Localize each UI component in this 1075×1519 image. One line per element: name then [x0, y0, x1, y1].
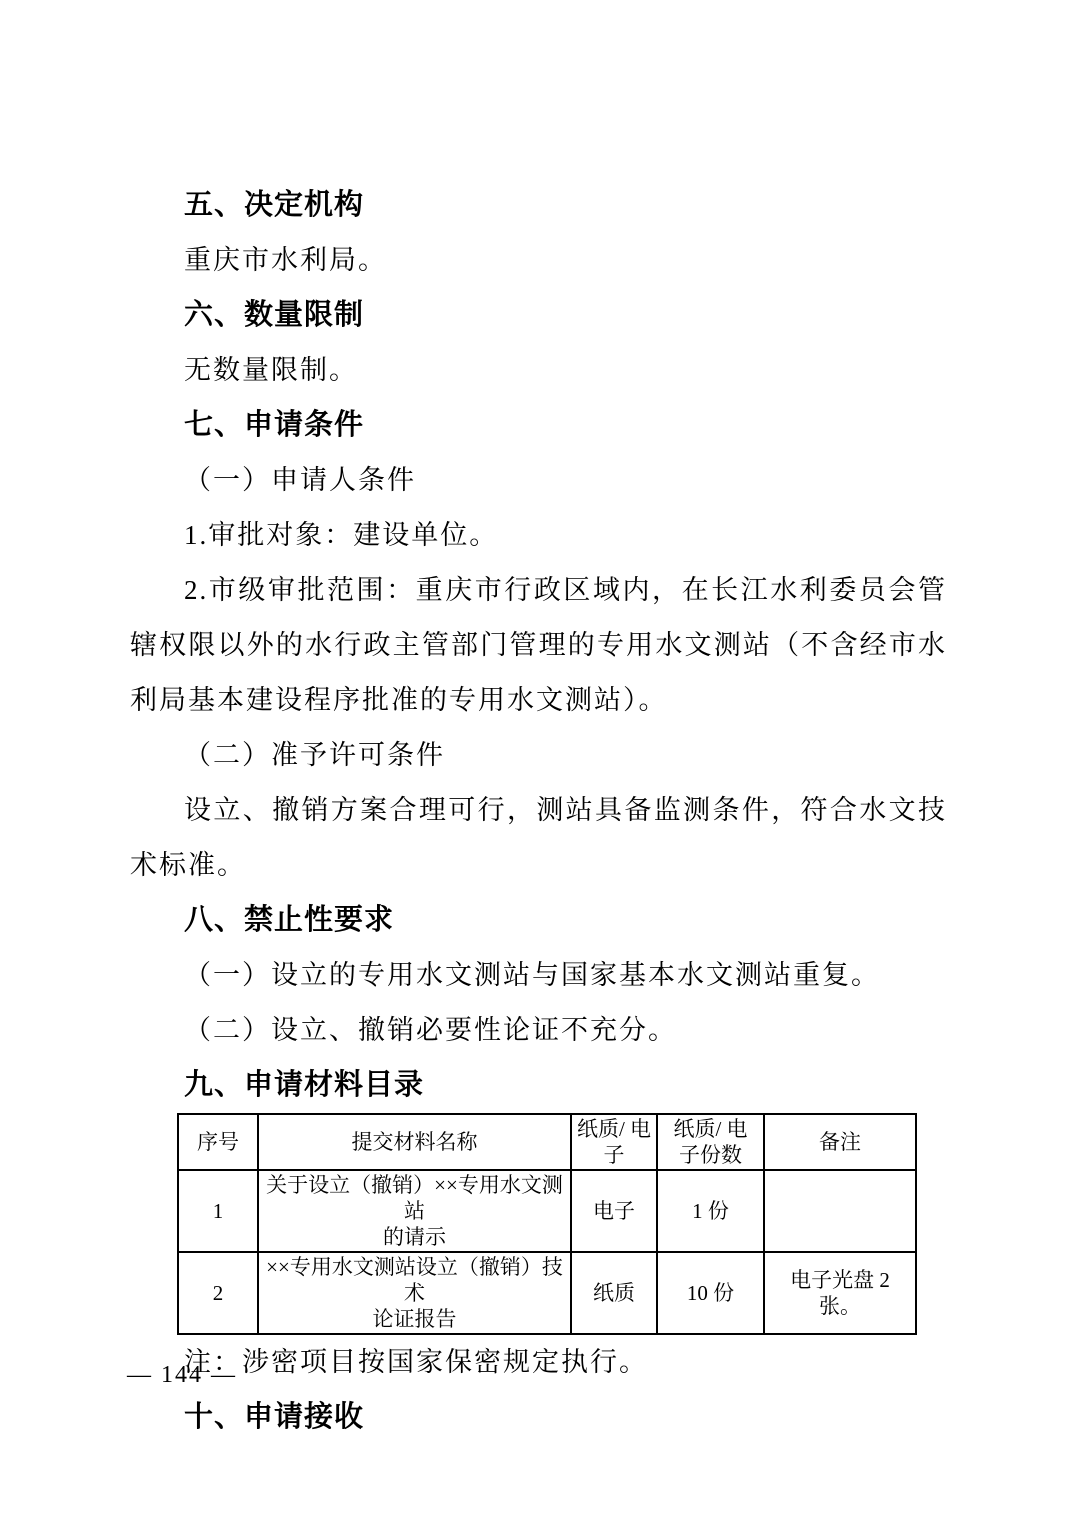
cell-copies: 10 份	[657, 1252, 764, 1334]
section-heading-decision-agency: 五、决定机构	[130, 178, 947, 233]
column-header-remark: 备注	[764, 1114, 916, 1170]
column-header-medium: 纸质/ 电 子	[571, 1114, 657, 1170]
cell-index: 1	[178, 1170, 258, 1252]
document-content: 五、决定机构 重庆市水利局。 六、数量限制 无数量限制。 七、申请条件 （一）申…	[0, 0, 1075, 1445]
paragraph-confidential-note: 注：涉密项目按国家保密规定执行。	[130, 1335, 947, 1390]
paragraph-agency: 重庆市水利局。	[130, 233, 947, 288]
cell-remark	[764, 1170, 916, 1252]
section-heading-quantity-limit: 六、数量限制	[130, 288, 947, 343]
paragraph-approval-target: 1.审批对象：建设单位。	[130, 508, 947, 563]
section-heading-application-receipt: 十、申请接收	[130, 1390, 947, 1445]
paragraph-prohibition-2: （二）设立、撤销必要性论证不充分。	[130, 1003, 947, 1058]
cell-remark: 电子光盘 2 张。	[764, 1252, 916, 1334]
table-row: 2 ××专用水文测站设立（撤销）技术 论证报告 纸质 10 份 电子光盘 2 张…	[178, 1252, 916, 1334]
cell-index: 2	[178, 1252, 258, 1334]
paragraph-applicant-title: （一）申请人条件	[130, 453, 947, 508]
column-header-material-name: 提交材料名称	[258, 1114, 571, 1170]
paragraph-permit-title: （二）准予许可条件	[130, 728, 947, 783]
cell-medium: 纸质	[571, 1252, 657, 1334]
section-heading-materials-catalog: 九、申请材料目录	[130, 1058, 947, 1113]
section-heading-application-conditions: 七、申请条件	[130, 398, 947, 453]
cell-material-name: 关于设立（撤销）××专用水文测站 的请示	[258, 1170, 571, 1252]
column-header-index: 序号	[178, 1114, 258, 1170]
paragraph-prohibition-1: （一）设立的专用水文测站与国家基本水文测站重复。	[130, 948, 947, 1003]
paragraph-approval-scope: 2.市级审批范围：重庆市行政区域内，在长江水利委员会管辖权限以外的水行政主管部门…	[130, 563, 947, 728]
document-page: 五、决定机构 重庆市水利局。 六、数量限制 无数量限制。 七、申请条件 （一）申…	[0, 0, 1075, 1519]
paragraph-permit-condition: 设立、撤销方案合理可行，测站具备监测条件，符合水文技术标准。	[130, 783, 947, 893]
paragraph-quantity: 无数量限制。	[130, 343, 947, 398]
section-heading-prohibitions: 八、禁止性要求	[130, 893, 947, 948]
cell-material-name: ××专用水文测站设立（撤销）技术 论证报告	[258, 1252, 571, 1334]
cell-medium: 电子	[571, 1170, 657, 1252]
table-header-row: 序号 提交材料名称 纸质/ 电 子 纸质/ 电 子份数 备注	[178, 1114, 916, 1170]
page-number: — 144 —	[127, 1362, 237, 1389]
column-header-copies: 纸质/ 电 子份数	[657, 1114, 764, 1170]
table-row: 1 关于设立（撤销）××专用水文测站 的请示 电子 1 份	[178, 1170, 916, 1252]
cell-copies: 1 份	[657, 1170, 764, 1252]
materials-table: 序号 提交材料名称 纸质/ 电 子 纸质/ 电 子份数 备注 1 关于设立（撤销…	[177, 1113, 917, 1335]
